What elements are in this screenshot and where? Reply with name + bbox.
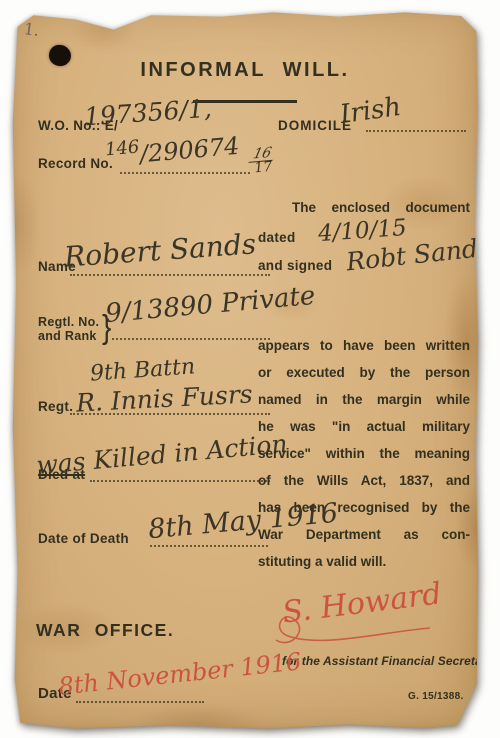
name-value: Robert Sands	[63, 227, 257, 273]
date-of-death-label: Date of Death	[38, 531, 129, 546]
paper-shadow-wrap: 1. INFORMAL WILL. W.O. No.: E/ 197356/1,…	[0, 0, 500, 738]
record-fraction-top: 16	[249, 146, 276, 162]
paragraph-line: named in the margin while	[258, 392, 470, 419]
war-office-label: WAR OFFICE.	[36, 620, 174, 641]
died-at-dotted-line	[90, 480, 270, 482]
regtl-no-label-line1: Regtl. No.	[38, 315, 99, 329]
record-no-main: /290674	[139, 132, 241, 169]
dated-label: dated	[258, 230, 296, 245]
regt-value-line1: 9th Battn	[89, 354, 196, 386]
record-no-fraction: 1617	[250, 147, 276, 176]
paragraph-line: appears to have been written	[258, 338, 470, 365]
domicile-value: Irish	[338, 92, 403, 130]
wo-no-value: 197356/1,	[83, 94, 212, 132]
record-no-value: 146/2906741617	[104, 125, 276, 188]
enclosed-document-text: The enclosed document	[258, 200, 470, 215]
died-at-label: Died at	[38, 467, 85, 482]
record-no-prefix: 146	[104, 136, 140, 160]
regtl-no-label-line2: and Rank	[38, 329, 97, 343]
regtl-value: 9/13890 Private	[104, 281, 316, 329]
record-fraction-bottom: 17	[251, 161, 276, 176]
regt-dotted-line	[70, 413, 270, 415]
regt-label: Regt.	[38, 399, 73, 414]
body-paragraph: appears to have been written or executed…	[258, 338, 470, 581]
enclosed-document-line: The enclosed document	[258, 200, 470, 215]
paragraph-line: service" within the meaning	[258, 446, 470, 473]
date-value: 8th November 1916	[57, 647, 302, 700]
photo-stage: 1. INFORMAL WILL. W.O. No.: E/ 197356/1,…	[0, 0, 500, 738]
paragraph-line: he was "in actual military	[258, 419, 470, 446]
for-assistant-secretary-text: for the Assistant Financial Secretary.	[282, 654, 496, 668]
regtl-dotted-line	[112, 338, 270, 340]
pencil-mark: 1.	[23, 19, 41, 40]
form-code: G. 15/1388.	[408, 691, 464, 702]
paragraph-line: or executed by the person	[258, 365, 470, 392]
date-dotted-line	[76, 701, 204, 703]
record-no-label: Record No.	[38, 156, 113, 171]
informal-will-form: 1. INFORMAL WILL. W.O. No.: E/ 197356/1,…	[10, 8, 480, 730]
and-signed-label: and signed	[258, 258, 332, 273]
date-of-death-dotted-line	[150, 545, 268, 547]
name-dotted-line	[70, 274, 270, 276]
domicile-dotted-line	[366, 130, 466, 132]
paragraph-line: of the Wills Act, 1837, and	[258, 473, 470, 500]
form-title: INFORMAL WILL.	[10, 59, 480, 82]
